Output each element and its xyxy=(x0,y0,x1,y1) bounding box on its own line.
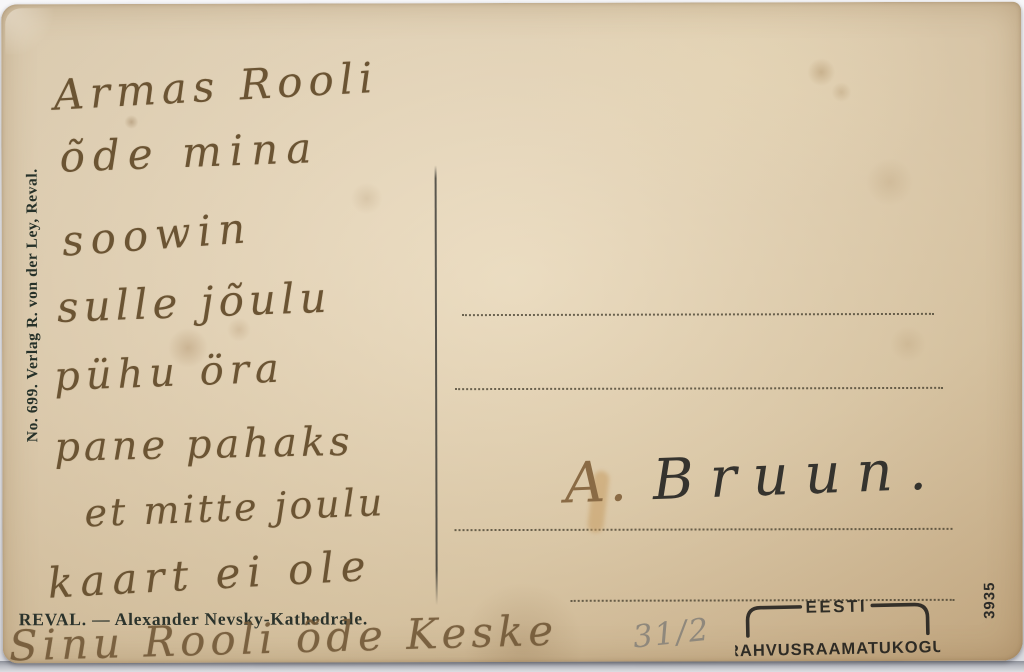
signature-initial: A. xyxy=(563,449,632,516)
message-line: õde mina xyxy=(59,123,320,182)
library-stamp: EESTI RAHVUSRAAMATUKOGU xyxy=(734,594,940,664)
message-line: et mitte joulu xyxy=(84,480,386,535)
message-line: sulle jõulu xyxy=(56,273,332,332)
pencil-note: 31/2 xyxy=(631,612,712,656)
serial-number: 3935 xyxy=(981,569,998,631)
publisher-imprint: No. 699. Verlag R. von der Ley, Reval. xyxy=(23,135,42,475)
address-divider-line xyxy=(435,165,438,605)
message-line: kaart ei ole xyxy=(47,541,374,608)
stamp-graphic: EESTI RAHVUSRAAMATUKOGU xyxy=(734,594,940,664)
message-line: Armas Rooli xyxy=(52,53,379,120)
stamp-border-left xyxy=(747,607,801,636)
worn-corner xyxy=(5,8,59,54)
address-line xyxy=(455,528,953,531)
address-line xyxy=(455,387,943,390)
message-line: pühu öra xyxy=(53,346,285,401)
stamp-text-library: RAHVUSRAAMATUKOGU xyxy=(734,638,940,660)
message-line: soowin xyxy=(60,203,254,266)
signature-surname: Bruun. xyxy=(651,437,943,513)
stamp-border-right xyxy=(872,604,928,634)
message-line: pane pahaks xyxy=(54,419,354,471)
stamp-text-eesti: EESTI xyxy=(805,597,867,617)
postcard-back: No. 699. Verlag R. von der Ley, Reval. A… xyxy=(1,2,1023,664)
signature: A.Bruun. xyxy=(563,437,943,516)
address-line xyxy=(462,313,934,316)
